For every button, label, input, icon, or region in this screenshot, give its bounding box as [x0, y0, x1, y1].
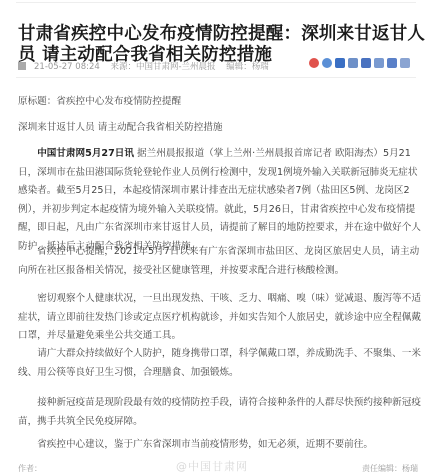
paragraph-5: 接种新冠疫苗是现阶段最有效的疫情防控手段，请符合接种条件的人群尽快预约接种新冠疫… — [18, 394, 422, 431]
paragraph-6: 省疾控中心建议，鉴于广东省深圳市当前疫情形势，如无必须，近期不要前往。 — [18, 436, 422, 455]
paragraph-2: 省疾控中心提醒，2021年5月7日以来有广东省深圳市盐田区、龙岗区旅居史人员，请… — [18, 243, 422, 280]
qq-icon[interactable] — [335, 58, 345, 68]
more-icon[interactable] — [400, 58, 410, 68]
header-divider — [16, 77, 416, 78]
qzone-icon[interactable] — [348, 58, 358, 68]
article-source: 来源：中国甘肃网-兰州晨报 — [110, 62, 215, 72]
paragraph-1: 中国甘肃网5月27日讯 据兰州晨报报道（掌上兰州·兰州晨报首席记者 欧阳海杰）5… — [18, 145, 422, 256]
paragraph-3: 密切观察个人健康状况，一旦出现发热、干咳、乏力、咽痛、嗅（味）觉减退、腹泻等不适… — [18, 290, 422, 346]
watermark: @中国甘肃网 — [176, 458, 248, 474]
calendar-icon — [18, 62, 26, 70]
subtitle: 深圳来甘返甘人员 请主动配合我省相关防控措施 — [18, 119, 422, 138]
wechat-icon[interactable] — [322, 58, 332, 68]
article-meta: 21-05-27 08:24 来源：中国甘肃网-兰州晨报 编辑：杨瑞 — [18, 60, 277, 72]
renren-icon[interactable] — [374, 58, 384, 68]
lead-label: 中国甘肃网5月27日讯 — [37, 148, 134, 159]
original-title: 原标题：省疾控中心发布疫情防控提醒 — [18, 93, 422, 112]
email-icon[interactable] — [387, 58, 397, 68]
top-divider — [16, 2, 416, 3]
responsible-editor: 责任编辑：杨瑞 — [362, 463, 418, 474]
article-editor: 编辑：杨瑞 — [226, 62, 269, 72]
publish-datetime: 21-05-27 08:24 — [34, 62, 100, 72]
weibo-icon[interactable] — [309, 58, 319, 68]
paragraph-4: 请广大群众持续做好个人防护，随身携带口罩，科学佩戴口罩，养成勤洗手、不聚集、一米… — [18, 345, 422, 382]
share-bar — [309, 58, 410, 68]
author-label: 作者： — [18, 463, 42, 474]
favorite-icon[interactable] — [361, 58, 371, 68]
